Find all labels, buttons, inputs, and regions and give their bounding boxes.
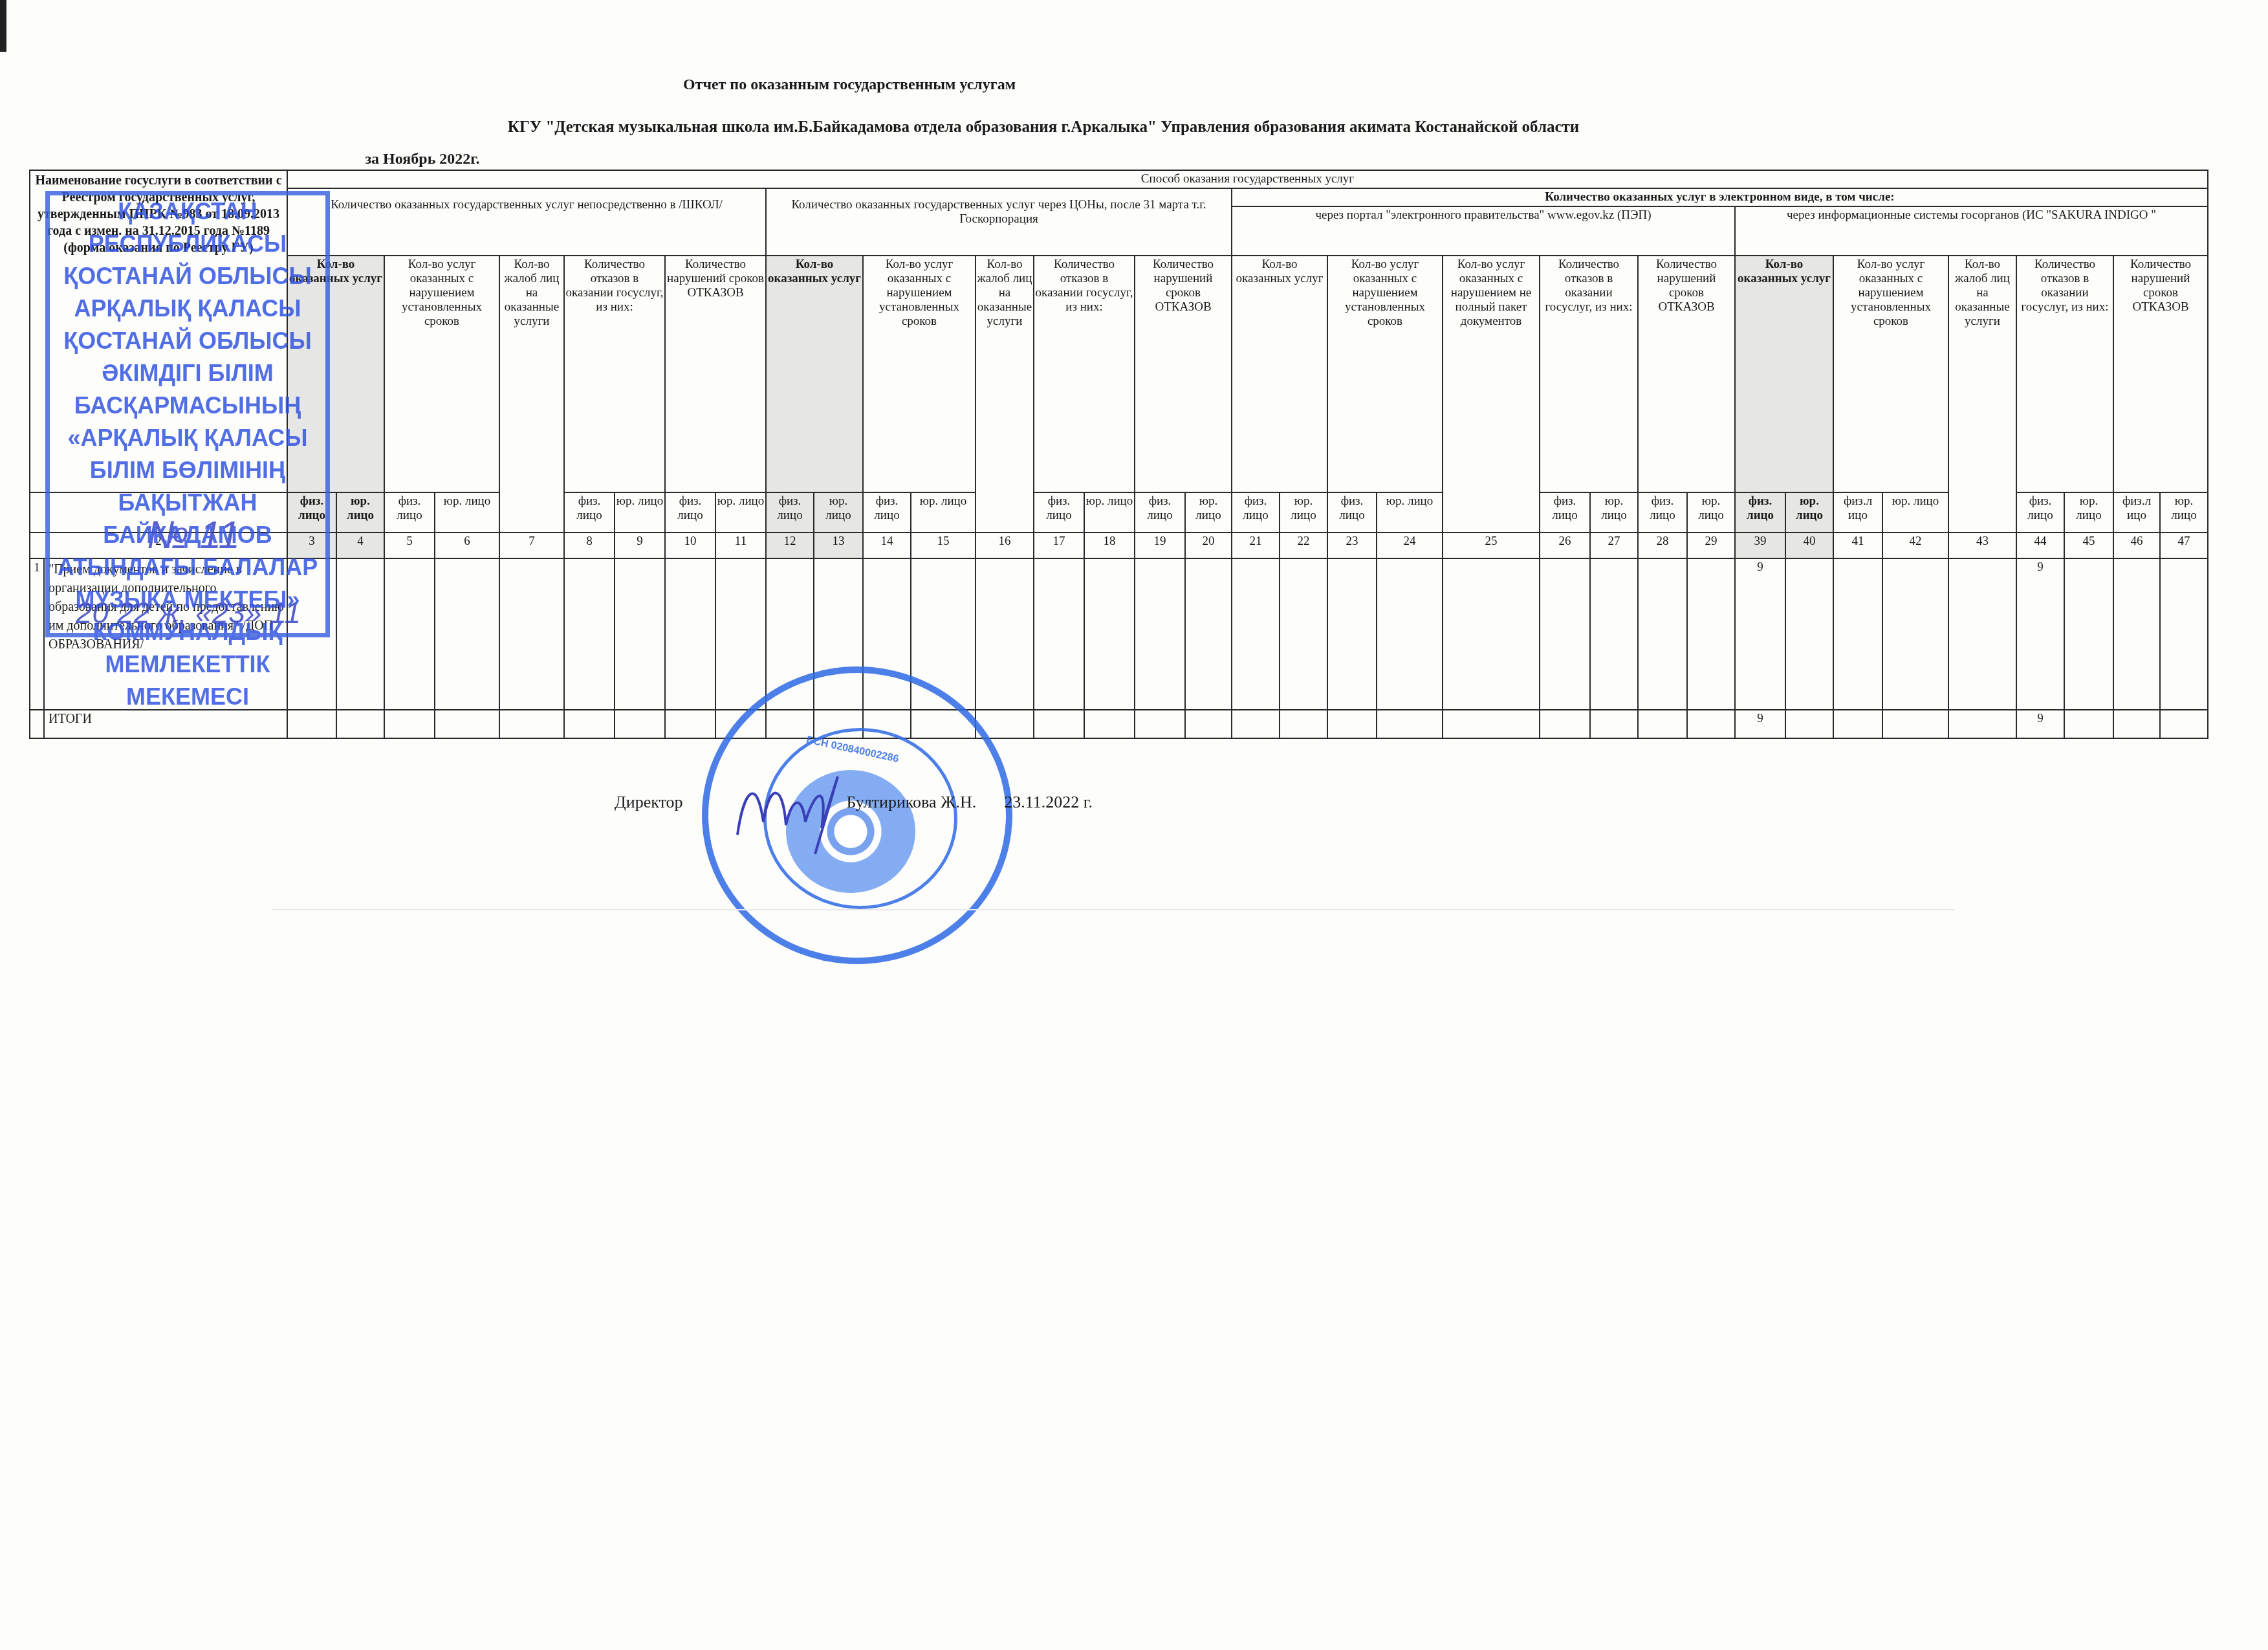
group-electronic: Количество оказанных услуг в электронном… bbox=[1232, 188, 2208, 206]
sakura-violation-header: Кол-во услуг оказанных с нарушением уста… bbox=[1833, 256, 1948, 492]
square-stamp-line: ҚАЗАҚСТАН РЕСПУБЛИКАСЫ bbox=[50, 195, 325, 260]
cell-col-45 bbox=[2064, 558, 2113, 710]
cell-col-24 bbox=[1377, 558, 1443, 710]
column-number-18: 18 bbox=[1084, 533, 1135, 558]
total-col-46 bbox=[2113, 710, 2160, 738]
total-col-47 bbox=[2160, 710, 2208, 738]
cell-col-11 bbox=[715, 558, 766, 710]
column-number-5: 5 bbox=[384, 533, 435, 558]
con-complaints-header: Кол-во жалоб лиц на оказанные услуги bbox=[976, 256, 1034, 533]
school-refusals-header: Количество отказов в оказании госуслуг, … bbox=[564, 256, 665, 492]
column-number-10: 10 bbox=[665, 533, 715, 558]
person-type-col-28: физ. лицо bbox=[1638, 492, 1687, 533]
signature-line: Директор Бултирикова Ж.Н. 23.11.2022 г. bbox=[615, 793, 1093, 812]
total-col-21 bbox=[1232, 710, 1280, 738]
signature-date: 23.11.2022 г. bbox=[1004, 793, 1093, 812]
cell-col-10 bbox=[665, 558, 715, 710]
person-type-col-9: юр. лицо bbox=[615, 492, 665, 533]
cell-col-21 bbox=[1232, 558, 1280, 710]
con-violation-header: Кол-во услуг оказанных с нарушением уста… bbox=[863, 256, 976, 492]
column-number-40: 40 bbox=[1785, 533, 1833, 558]
total-col-7 bbox=[499, 710, 564, 738]
column-number-46: 46 bbox=[2113, 533, 2160, 558]
cell-col-28 bbox=[1638, 558, 1687, 710]
column-number-20: 20 bbox=[1185, 533, 1232, 558]
column-number-24: 24 bbox=[1377, 533, 1443, 558]
person-type-col-17: физ. лицо bbox=[1034, 492, 1084, 533]
person-type-col-5: физ. лицо bbox=[384, 492, 435, 533]
person-type-col-18: юр. лицо bbox=[1084, 492, 1135, 533]
person-type-col-20: юр. лицо bbox=[1185, 492, 1232, 533]
cell-col-41 bbox=[1833, 558, 1882, 710]
sakura-kol-vo-header: Кол-во оказанных услуг bbox=[1735, 256, 1833, 492]
scan-artifact-line bbox=[272, 909, 1954, 910]
column-number-9: 9 bbox=[615, 533, 665, 558]
total-col-17 bbox=[1034, 710, 1084, 738]
column-number-19: 19 bbox=[1135, 533, 1185, 558]
person-type-col-42: юр. лицо bbox=[1882, 492, 1948, 533]
method-header: Способ оказания государственных услуг bbox=[287, 170, 2208, 188]
column-number-13: 13 bbox=[814, 533, 863, 558]
total-col-40 bbox=[1785, 710, 1833, 738]
column-number-25: 25 bbox=[1443, 533, 1540, 558]
person-type-col-44: физ. лицо bbox=[2016, 492, 2064, 533]
cell-col-4 bbox=[336, 558, 384, 710]
column-number-14: 14 bbox=[863, 533, 911, 558]
column-number-47: 47 bbox=[2160, 533, 2208, 558]
cell-col-6 bbox=[435, 558, 499, 710]
total-col-8 bbox=[564, 710, 615, 738]
column-number-23: 23 bbox=[1327, 533, 1377, 558]
total-col-10 bbox=[665, 710, 715, 738]
cell-col-23 bbox=[1327, 558, 1377, 710]
egov-refusal-violations-header: Количество нарушений сроков ОТКАЗОВ bbox=[1638, 256, 1735, 492]
cell-col-20 bbox=[1185, 558, 1232, 710]
column-number-6: 6 bbox=[435, 533, 499, 558]
square-stamp-line: БІЛІМ БӨЛІМІНІҢ bbox=[50, 454, 325, 487]
person-type-col-47: юр. лицо bbox=[2160, 492, 2208, 533]
cell-col-25 bbox=[1443, 558, 1540, 710]
organization-name: КГУ "Детская музыкальная школа им.Б.Байк… bbox=[0, 118, 2177, 137]
group-con: Количество оказанных государственных усл… bbox=[766, 188, 1232, 256]
total-col-22 bbox=[1280, 710, 1327, 738]
egov-kol-vo-header: Кол-во оказанных услуг bbox=[1232, 256, 1327, 492]
con-kol-vo-header: Кол-во оказанных услуг bbox=[766, 256, 863, 492]
total-col-9 bbox=[615, 710, 665, 738]
column-number-22: 22 bbox=[1280, 533, 1327, 558]
total-col-41 bbox=[1833, 710, 1882, 738]
cell-col-43 bbox=[1948, 558, 2016, 710]
services-report-table: Наименование госуслуги в соответствии с … bbox=[29, 170, 2208, 739]
con-refusal-violations-header: Количество нарушений сроков ОТКАЗОВ bbox=[1135, 256, 1232, 492]
school-refusal-violations-header: Количество нарушений сроков ОТКАЗОВ bbox=[665, 256, 766, 492]
column-number-43: 43 bbox=[1948, 533, 2016, 558]
totals-label: ИТОГИ bbox=[44, 710, 287, 738]
egov-violation-header: Кол-во услуг оказанных с нарушением уста… bbox=[1327, 256, 1443, 492]
total-col-44: 9 bbox=[2016, 710, 2064, 738]
column-number-4: 4 bbox=[336, 533, 384, 558]
person-type-col-27: юр. лицо bbox=[1590, 492, 1638, 533]
person-type-col-6: юр. лицо bbox=[435, 492, 499, 533]
person-type-col-10: физ. лицо bbox=[665, 492, 715, 533]
total-col-45 bbox=[2064, 710, 2113, 738]
cell-col-42 bbox=[1882, 558, 1948, 710]
total-col-28 bbox=[1638, 710, 1687, 738]
column-number-16: 16 bbox=[976, 533, 1034, 558]
person-type-col-11: юр. лицо bbox=[715, 492, 766, 533]
person-type-col-39: физ. лицо bbox=[1735, 492, 1785, 533]
person-type-col-45: юр. лицо bbox=[2064, 492, 2113, 533]
column-number-11: 11 bbox=[715, 533, 766, 558]
column-number-21: 21 bbox=[1232, 533, 1280, 558]
school-complaints-header: Кол-во жалоб лиц на оказанные услуги bbox=[499, 256, 564, 533]
square-stamp-line: БАСҚАРМАСЫНЫҢ bbox=[50, 390, 325, 422]
total-col-19 bbox=[1135, 710, 1185, 738]
stamp-handwritten-date: 20 22 ж. «23» 11 bbox=[76, 597, 301, 629]
person-type-col-4: юр. лицо bbox=[336, 492, 384, 533]
person-type-col-21: физ. лицо bbox=[1232, 492, 1280, 533]
cell-col-16 bbox=[976, 558, 1034, 710]
cell-col-22 bbox=[1280, 558, 1327, 710]
sakura-refusal-violations-header: Количество нарушений сроков ОТКАЗОВ bbox=[2113, 256, 2208, 492]
cell-col-40 bbox=[1785, 558, 1833, 710]
square-stamp-line: ӘКІМДІГІ БІЛІМ bbox=[50, 357, 325, 390]
cell-col-17 bbox=[1034, 558, 1084, 710]
person-type-col-29: юр. лицо bbox=[1687, 492, 1735, 533]
column-number-12: 12 bbox=[766, 533, 814, 558]
person-type-col-19: физ. лицо bbox=[1135, 492, 1185, 533]
total-col-27 bbox=[1590, 710, 1638, 738]
director-signature-icon bbox=[725, 764, 873, 861]
person-type-col-13: юр. лицо bbox=[814, 492, 863, 533]
total-col-5 bbox=[384, 710, 435, 738]
cell-col-46 bbox=[2113, 558, 2160, 710]
column-number-29: 29 bbox=[1687, 533, 1735, 558]
cell-col-29 bbox=[1687, 558, 1735, 710]
column-number-28: 28 bbox=[1638, 533, 1687, 558]
column-number-41: 41 bbox=[1833, 533, 1882, 558]
cell-col-19 bbox=[1135, 558, 1185, 710]
column-number-27: 27 bbox=[1590, 533, 1638, 558]
egov-refusals-header: Количество отказов в оказании госуслуг, … bbox=[1540, 256, 1638, 492]
stamp-handwritten-number: № 11 bbox=[147, 519, 240, 551]
total-col-23 bbox=[1327, 710, 1377, 738]
person-type-col-8: физ. лицо bbox=[564, 492, 615, 533]
total-col-6 bbox=[435, 710, 499, 738]
total-col-20 bbox=[1185, 710, 1232, 738]
report-title: Отчет по оказанным государственным услуг… bbox=[0, 76, 1983, 94]
column-number-8: 8 bbox=[564, 533, 615, 558]
person-type-col-22: юр. лицо bbox=[1280, 492, 1327, 533]
cell-col-5 bbox=[384, 558, 435, 710]
person-type-col-24: юр. лицо bbox=[1377, 492, 1443, 533]
square-stamp-line: АРҚАЛЫҚ ҚАЛАСЫ bbox=[50, 292, 325, 325]
cell-col-26 bbox=[1540, 558, 1590, 710]
total-col-3 bbox=[287, 710, 336, 738]
person-type-col-46: физ.л ицо bbox=[2113, 492, 2160, 533]
total-col-26 bbox=[1540, 710, 1590, 738]
total-col-24 bbox=[1377, 710, 1443, 738]
group-school: Количество оказанных государственных усл… bbox=[287, 188, 766, 256]
person-type-col-40: юр. лицо bbox=[1785, 492, 1833, 533]
row-index: 1 bbox=[30, 558, 44, 710]
report-period: за Ноябрь 2022г. bbox=[0, 151, 1556, 168]
total-index-spacer bbox=[30, 710, 44, 738]
school-violation-header: Кол-во услуг оказанных с нарушением уста… bbox=[384, 256, 499, 492]
cell-col-39: 9 bbox=[1735, 558, 1785, 710]
cell-col-7 bbox=[499, 558, 564, 710]
square-stamp-line: ҚОСТАНАЙ ОБЛЫСЫ bbox=[50, 260, 325, 292]
signer-position: Директор bbox=[615, 793, 683, 812]
column-number-7: 7 bbox=[499, 533, 564, 558]
total-col-43 bbox=[1948, 710, 2016, 738]
square-stamp-line: ҚОСТАНАЙ ОБЛЫСЫ bbox=[50, 325, 325, 357]
total-col-29 bbox=[1687, 710, 1735, 738]
person-type-col-23: физ. лицо bbox=[1327, 492, 1377, 533]
cell-col-18 bbox=[1084, 558, 1135, 710]
person-type-col-15: юр. лицо bbox=[911, 492, 976, 533]
total-col-18 bbox=[1084, 710, 1135, 738]
square-stamp-text: ҚАЗАҚСТАН РЕСПУБЛИКАСЫҚОСТАНАЙ ОБЛЫСЫАРҚ… bbox=[50, 195, 325, 713]
column-number-45: 45 bbox=[2064, 533, 2113, 558]
cell-col-47 bbox=[2160, 558, 2208, 710]
group-sakura: через информационные системы госорганов … bbox=[1735, 206, 2208, 256]
square-stamp-line: «АРҚАЛЫҚ ҚАЛАСЫ bbox=[50, 422, 325, 454]
scan-edge-mark bbox=[0, 0, 6, 52]
sakura-refusals-header: Количество отказов в оказании госуслуг, … bbox=[2016, 256, 2113, 492]
square-stamp: ҚАЗАҚСТАН РЕСПУБЛИКАСЫҚОСТАНАЙ ОБЛЫСЫАРҚ… bbox=[45, 191, 330, 637]
column-number-44: 44 bbox=[2016, 533, 2064, 558]
column-number-17: 17 bbox=[1034, 533, 1084, 558]
person-type-col-12: физ. лицо bbox=[766, 492, 814, 533]
column-number-15: 15 bbox=[911, 533, 976, 558]
sakura-complaints-header: Кол-во жалоб лиц на оказанные услуги bbox=[1948, 256, 2016, 533]
total-col-42 bbox=[1882, 710, 1948, 738]
square-stamp-line: МЕМЛЕКЕТТІК МЕКЕМЕСІ bbox=[50, 648, 325, 713]
signer-name: Бултирикова Ж.Н. bbox=[847, 793, 977, 812]
cell-col-9 bbox=[615, 558, 665, 710]
egov-incomplete-package-header: Кол-во услуг оказанных с нарушением не п… bbox=[1443, 256, 1540, 533]
total-col-25 bbox=[1443, 710, 1540, 738]
cell-col-8 bbox=[564, 558, 615, 710]
person-type-col-26: физ. лицо bbox=[1540, 492, 1590, 533]
column-number-42: 42 bbox=[1882, 533, 1948, 558]
group-egov: через портал "электронного правительства… bbox=[1232, 206, 1735, 256]
total-col-4 bbox=[336, 710, 384, 738]
person-type-col-41: физ.л ицо bbox=[1833, 492, 1882, 533]
person-type-col-14: физ. лицо bbox=[863, 492, 911, 533]
cell-col-44: 9 bbox=[2016, 558, 2064, 710]
column-number-39: 39 bbox=[1735, 533, 1785, 558]
con-refusals-header: Количество отказов в оказании госуслуг, … bbox=[1034, 256, 1135, 492]
cell-col-27 bbox=[1590, 558, 1638, 710]
column-number-26: 26 bbox=[1540, 533, 1590, 558]
total-col-39: 9 bbox=[1735, 710, 1785, 738]
